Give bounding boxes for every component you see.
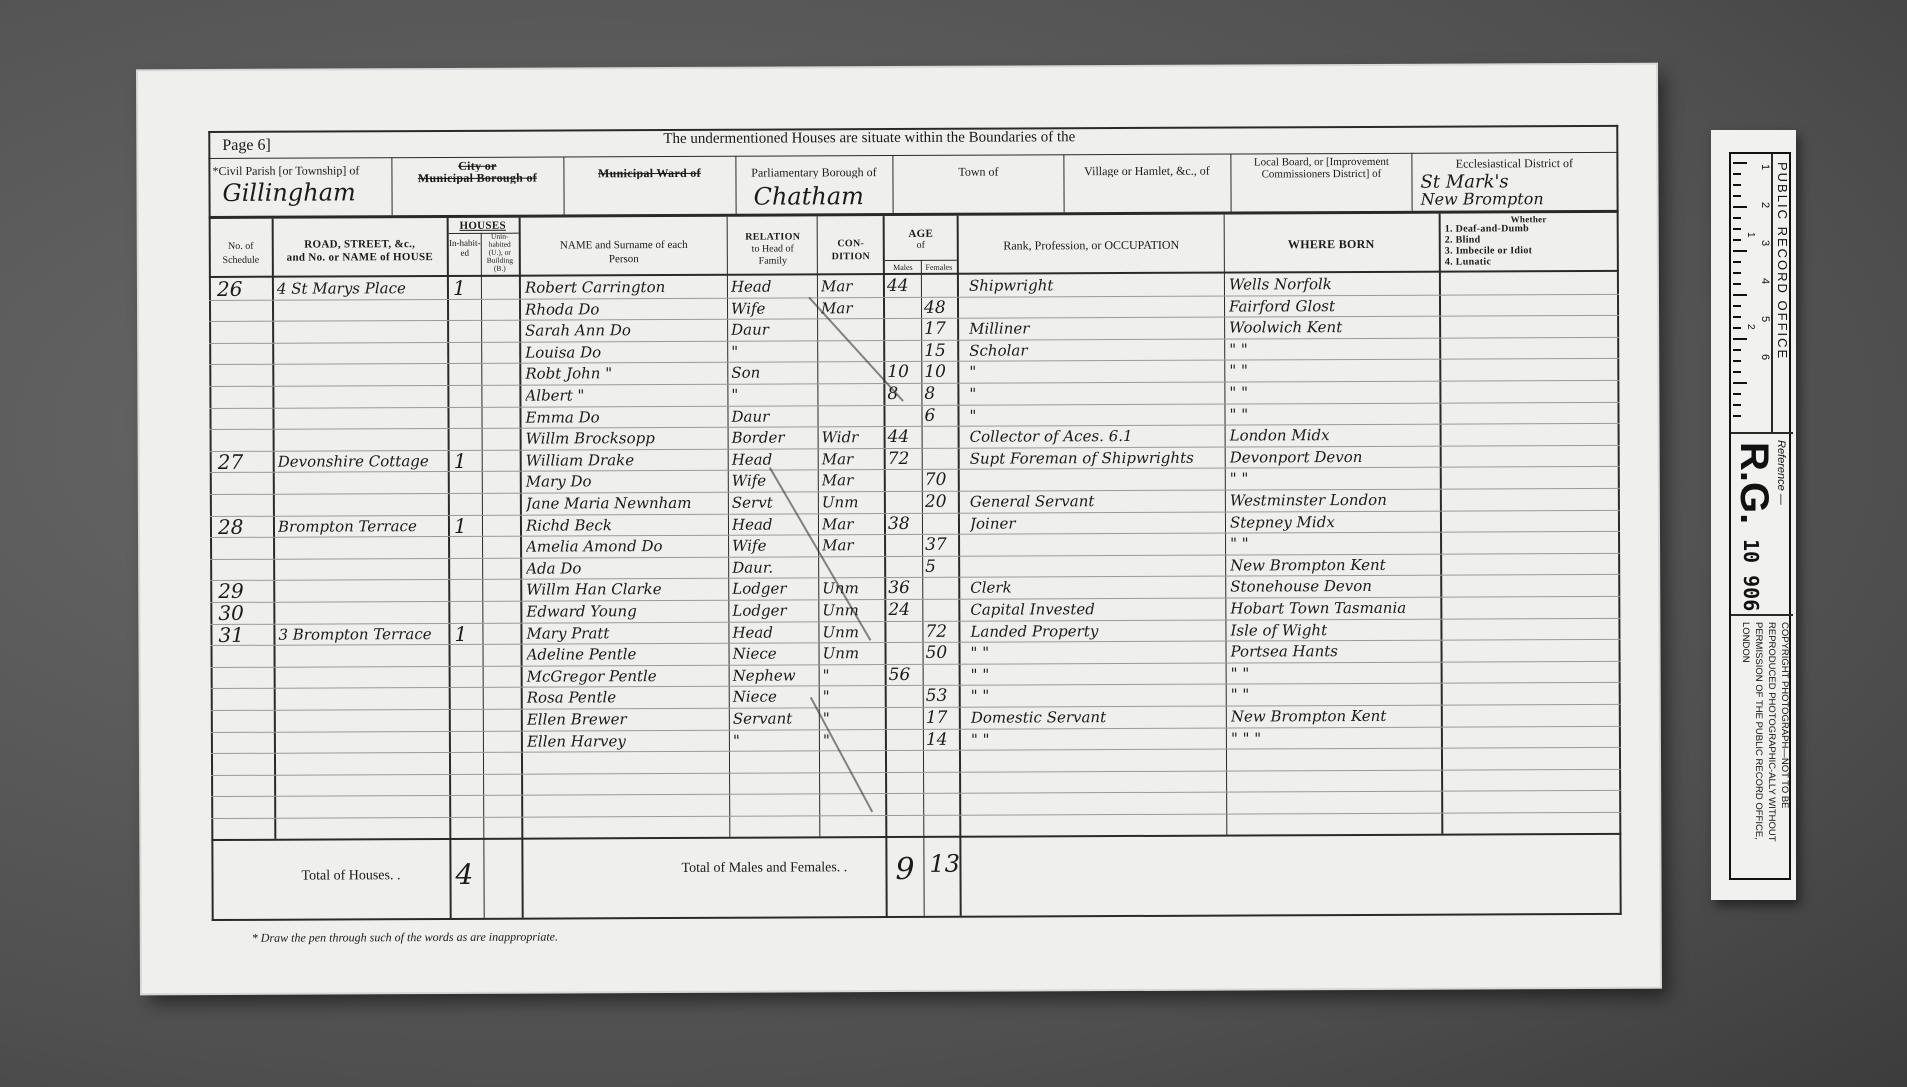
cell-name: Ada Do xyxy=(526,558,726,580)
cell-road: 3 Brompton Terrace xyxy=(278,624,446,646)
cell-road xyxy=(279,732,447,754)
cell-relation: Lodger xyxy=(732,600,816,622)
cell-male-age xyxy=(887,406,919,428)
cell-inhabited xyxy=(455,775,481,797)
cell-female-age xyxy=(925,427,957,449)
cell-male-age: 72 xyxy=(888,449,920,471)
town-label: Town of xyxy=(893,165,1063,178)
cell-born xyxy=(1231,792,1439,814)
cell-female-age: 5 xyxy=(925,557,957,579)
ruler-tick xyxy=(1733,415,1741,417)
scale-6: 6 xyxy=(1759,354,1771,360)
cell-condition: " xyxy=(823,686,883,708)
cell-road: Devonshire Cottage xyxy=(278,451,446,473)
cell-born: " " xyxy=(1230,468,1438,490)
census-form: Page 6] The undermentioned Houses are si… xyxy=(208,125,1632,941)
cell-born: Stepney Midx xyxy=(1230,511,1438,533)
cell-relation: Niece xyxy=(733,687,817,709)
cell-inhabited: 1 xyxy=(454,623,480,645)
cell-relation xyxy=(733,773,817,795)
cell-name: Rosa Pentle xyxy=(527,687,727,709)
cell-road xyxy=(277,364,445,386)
scale-5: 5 xyxy=(1759,316,1771,322)
cell-born: Westminster London xyxy=(1230,490,1438,512)
age-of-header: of xyxy=(885,240,957,252)
schedule-header-1: No. of xyxy=(211,241,271,253)
village-label: Village or Hamlet, &c., of xyxy=(1064,165,1229,178)
inch-2: 2 xyxy=(1745,324,1756,330)
parliamentary-borough-label: Parliamentary Borough of xyxy=(736,166,891,179)
cell-condition: Unm xyxy=(822,643,882,665)
cell-male-age xyxy=(889,708,921,730)
cell-condition xyxy=(821,406,881,428)
cell-female-age: 48 xyxy=(924,297,956,319)
cell-occupation: " xyxy=(969,404,1221,427)
cell-born: " " xyxy=(1229,360,1437,382)
footnote: * Draw the pen through such of the words… xyxy=(252,929,558,945)
cell-male-age xyxy=(888,557,920,579)
cell-male-age xyxy=(887,319,919,341)
cell-condition xyxy=(821,384,881,406)
cell-female-age xyxy=(925,600,957,622)
cell-schedule xyxy=(219,689,273,711)
ruler-tick xyxy=(1733,173,1741,175)
cell-inhabited xyxy=(453,407,479,429)
cell-occupation: Shipwright xyxy=(969,275,1221,298)
cell-born: Woolwich Kent xyxy=(1229,317,1437,339)
cell-name: Robt John " xyxy=(525,363,725,385)
ecclesiastical-district-value-2: New Brompton xyxy=(1421,189,1617,209)
cell-male-age: 10 xyxy=(887,362,919,384)
cell-name: Willm Han Clarke xyxy=(526,579,726,601)
copyright-notice: COPYRIGHT PHOTOGRAPH—NOT TO BE REPRODUCE… xyxy=(1735,622,1791,872)
cell-occupation xyxy=(971,771,1223,794)
cell-road xyxy=(278,429,446,451)
cell-inhabited xyxy=(454,602,480,624)
cell-born: Fairford Glost xyxy=(1229,295,1437,317)
cell-schedule: 30 xyxy=(218,603,272,625)
cell-inhabited xyxy=(454,537,480,559)
municipal-ward-label: Municipal Ward of xyxy=(564,167,734,180)
road-header-1: ROAD, STREET, &c., xyxy=(275,238,445,251)
ruler-tick xyxy=(1733,162,1747,164)
cell-name: McGregor Pentle xyxy=(527,666,727,688)
cell-condition: Widr xyxy=(822,427,882,449)
cell-schedule: 27 xyxy=(218,452,272,474)
cell-relation: Wife xyxy=(731,298,815,320)
cell-schedule xyxy=(218,430,272,452)
cell-male-age: 44 xyxy=(887,276,919,298)
cell-inhabited xyxy=(453,386,479,408)
cell-relation: Son xyxy=(731,363,815,385)
cell-name: Adeline Pentle xyxy=(527,644,727,666)
cell-road xyxy=(278,602,446,624)
cell-schedule xyxy=(218,560,272,582)
cell-male-age xyxy=(888,622,920,644)
cell-relation: Border xyxy=(732,428,816,450)
cell-occupation: General Servant xyxy=(970,491,1222,514)
total-females-value: 13 xyxy=(929,850,960,878)
ruler-tick xyxy=(1733,239,1741,241)
cell-male-age: 24 xyxy=(888,600,920,622)
cell-condition: Unm xyxy=(822,492,882,514)
reference-strip: PUBLIC RECORD OFFICE 1 2 3 4 5 6 1 2 Ref… xyxy=(1711,130,1796,900)
cell-inhabited xyxy=(453,343,479,365)
cell-inhabited xyxy=(453,299,479,321)
cell-name: Richd Beck xyxy=(526,514,726,536)
municipal-borough-label: Municipal Borough of xyxy=(392,171,562,184)
cell-female-age xyxy=(926,751,958,773)
cell-born: New Brompton Kent xyxy=(1230,554,1438,576)
cell-born: Stonehouse Devon xyxy=(1230,576,1438,598)
cell-relation: Daur xyxy=(731,320,815,342)
ecclesiastical-district-label: Ecclesiastical District of xyxy=(1412,157,1616,170)
cell-female-age: 6 xyxy=(924,405,956,427)
cell-name xyxy=(527,752,727,774)
infirmity-item-3: 3. Imbecile or Idiot xyxy=(1445,245,1533,256)
cell-road xyxy=(278,472,446,494)
local-board-label-line1: Local Board, or [Improvement xyxy=(1231,156,1411,169)
ruler-tick xyxy=(1733,217,1741,219)
total-males-value: 9 xyxy=(895,852,914,887)
ruler-tick xyxy=(1733,393,1741,395)
cell-relation: Head xyxy=(732,622,816,644)
cell-road xyxy=(279,796,447,818)
cell-inhabited xyxy=(455,710,481,732)
scale-4: 4 xyxy=(1759,278,1771,284)
cell-schedule: 28 xyxy=(218,516,272,538)
cell-female-age: 14 xyxy=(926,729,958,751)
ruler-tick xyxy=(1733,360,1741,362)
cell-female-age xyxy=(926,794,958,816)
census-page: Page 6] The undermentioned Houses are si… xyxy=(138,65,1660,994)
cell-born xyxy=(1231,749,1439,771)
cell-relation: Nephew xyxy=(733,665,817,687)
cell-road xyxy=(278,559,446,581)
where-born-header: WHERE BORN xyxy=(1224,238,1439,251)
cell-name: Sarah Ann Do xyxy=(525,320,725,342)
ruler-tick xyxy=(1733,250,1747,252)
cell-inhabited: 1 xyxy=(454,451,480,473)
cell-occupation: " " xyxy=(971,663,1223,686)
civil-parish-label: *Civil Parish [or Township] of xyxy=(212,163,389,179)
cell-relation xyxy=(733,795,817,817)
cell-condition xyxy=(823,751,883,773)
cell-male-age xyxy=(887,341,919,363)
cell-born: " " xyxy=(1231,684,1439,706)
cell-female-age: 53 xyxy=(926,686,958,708)
cell-occupation: " " xyxy=(970,642,1222,665)
cell-female-age xyxy=(926,665,958,687)
cell-female-age: 15 xyxy=(924,341,956,363)
cell-schedule: 29 xyxy=(218,581,272,603)
cell-relation: Daur xyxy=(731,406,815,428)
cell-condition: Mar xyxy=(821,298,881,320)
cell-male-age: 36 xyxy=(888,578,920,600)
cell-occupation: Clerk xyxy=(970,577,1222,600)
cell-born: " " " xyxy=(1231,727,1439,749)
cell-male-age xyxy=(889,773,921,795)
cell-schedule xyxy=(218,473,272,495)
ruler-tick xyxy=(1733,184,1741,186)
cell-inhabited xyxy=(454,472,480,494)
ruler-tick xyxy=(1733,327,1741,329)
cell-female-age: 17 xyxy=(926,708,958,730)
cell-condition: Unm xyxy=(822,578,882,600)
age-header: AGE xyxy=(885,228,957,240)
cell-road xyxy=(278,580,446,602)
cell-road xyxy=(278,494,446,516)
cell-inhabited xyxy=(453,364,479,386)
cell-schedule xyxy=(217,365,271,387)
cell-inhabited xyxy=(455,688,481,710)
inch-1: 1 xyxy=(1745,232,1756,238)
cell-occupation xyxy=(970,555,1222,578)
cell-born: London Midx xyxy=(1230,425,1438,447)
cell-road xyxy=(278,537,446,559)
cell-schedule xyxy=(217,322,271,344)
cell-female-age xyxy=(924,276,956,298)
cell-inhabited: 1 xyxy=(454,515,480,537)
class-code: R.G. xyxy=(1731,442,1776,524)
cell-born: Hobart Town Tasmania xyxy=(1230,598,1438,620)
cell-road xyxy=(277,343,445,365)
occupation-header: Rank, Profession, or OCCUPATION xyxy=(959,239,1224,252)
cell-road xyxy=(277,408,445,430)
cell-schedule xyxy=(219,646,273,668)
civil-parish-value: Gillingham xyxy=(222,178,392,207)
cell-born: " " xyxy=(1231,662,1439,684)
cell-inhabited xyxy=(454,494,480,516)
cell-female-age: 17 xyxy=(924,319,956,341)
cell-name xyxy=(527,795,727,817)
cell-occupation xyxy=(969,296,1221,319)
cell-road xyxy=(277,386,445,408)
ruler-tick xyxy=(1733,316,1741,318)
cell-male-age xyxy=(888,643,920,665)
cell-occupation: Milliner xyxy=(969,318,1221,341)
total-persons-label: Total of Males and Females. . xyxy=(681,860,847,877)
cell-name: Rhoda Do xyxy=(525,298,725,320)
cell-male-age: 56 xyxy=(889,665,921,687)
cell-schedule xyxy=(219,711,273,733)
cell-name xyxy=(527,774,727,796)
cell-schedule xyxy=(219,797,273,819)
ruler-tick xyxy=(1733,382,1747,384)
cell-male-age: 44 xyxy=(888,427,920,449)
cell-road xyxy=(279,645,447,667)
cell-occupation: " xyxy=(969,361,1221,384)
cell-relation: " xyxy=(733,730,817,752)
cell-name: Robert Carrington xyxy=(525,277,725,299)
cell-male-age xyxy=(887,298,919,320)
name-header-2: Person xyxy=(524,253,724,266)
scale-1: 1 xyxy=(1759,164,1771,170)
cell-inhabited xyxy=(454,429,480,451)
cell-schedule xyxy=(217,344,271,366)
cell-road xyxy=(277,300,445,322)
cell-name: William Drake xyxy=(526,450,726,472)
cell-relation: " xyxy=(731,384,815,406)
cell-inhabited xyxy=(454,559,480,581)
cell-schedule xyxy=(217,300,271,322)
cell-name: Jane Maria Newnham xyxy=(526,493,726,515)
cell-occupation: Collector of Aces. 6.1 xyxy=(970,426,1222,449)
scale-2: 2 xyxy=(1759,202,1771,208)
infirmity-item-1: 1. Deaf-and-Dumb xyxy=(1445,223,1529,234)
cell-name: Mary Do xyxy=(526,471,726,493)
cell-born: " " xyxy=(1229,338,1437,360)
cell-occupation: Scholar xyxy=(969,339,1221,362)
schedule-header-2: Schedule xyxy=(211,255,271,267)
cell-relation xyxy=(733,752,817,774)
cell-inhabited xyxy=(455,753,481,775)
cell-schedule xyxy=(219,668,273,690)
cell-occupation: " " xyxy=(971,728,1223,751)
ruler-tick xyxy=(1733,195,1741,197)
cell-relation: Servt xyxy=(732,492,816,514)
cell-schedule: 26 xyxy=(217,279,271,301)
cell-female-age xyxy=(926,773,958,795)
cell-name: Emma Do xyxy=(525,406,725,428)
cell-occupation xyxy=(970,534,1222,557)
cell-born: Portsea Hants xyxy=(1230,641,1438,663)
cell-born: Wells Norfolk xyxy=(1229,274,1437,296)
cell-name: Ellen Harvey xyxy=(527,730,727,752)
cell-road xyxy=(279,667,447,689)
cell-schedule xyxy=(219,754,273,776)
relation-header-3: Family xyxy=(729,255,817,267)
road-header-2: and No. or NAME of HOUSE xyxy=(275,251,445,264)
cell-road xyxy=(279,753,447,775)
ruler-tick xyxy=(1733,206,1747,208)
cell-condition: " xyxy=(823,665,883,687)
ruler-tick xyxy=(1733,371,1741,373)
cell-name: Willm Brocksopp xyxy=(526,428,726,450)
cell-relation: Niece xyxy=(732,644,816,666)
cell-occupation xyxy=(971,793,1223,816)
cell-male-age: 38 xyxy=(888,514,920,536)
cell-name: Albert " xyxy=(525,385,725,407)
cell-inhabited xyxy=(453,321,479,343)
cell-inhabited xyxy=(455,796,481,818)
cell-inhabited xyxy=(454,580,480,602)
uninhabited-header: Unin-habited (U.), or Building (B.) xyxy=(482,233,518,273)
ruler-tick xyxy=(1733,305,1741,307)
scale-3: 3 xyxy=(1759,240,1771,246)
reference-label: Reference — xyxy=(1775,440,1787,505)
cell-male-age xyxy=(889,794,921,816)
cell-schedule xyxy=(218,538,272,560)
cell-condition: Mar xyxy=(822,514,882,536)
ruler-tick xyxy=(1733,349,1741,351)
cell-relation: Daur. xyxy=(732,557,816,579)
cell-female-age: 10 xyxy=(924,362,956,384)
cell-relation: Wife xyxy=(732,536,816,558)
cell-relation: " xyxy=(731,341,815,363)
ruler-tick xyxy=(1733,228,1741,230)
cell-male-age xyxy=(888,492,920,514)
city-label-line1: City or xyxy=(392,159,562,172)
cell-road xyxy=(279,688,447,710)
cell-road xyxy=(277,321,445,343)
cell-condition: Unm xyxy=(822,622,882,644)
cell-condition: Mar xyxy=(821,276,881,298)
cell-born: New Brompton Kent xyxy=(1231,706,1439,728)
cell-male-age xyxy=(889,686,921,708)
cell-name: Amelia Amond Do xyxy=(526,536,726,558)
cell-condition: Mar xyxy=(822,470,882,492)
cell-schedule xyxy=(217,387,271,409)
cell-female-age: 72 xyxy=(925,621,957,643)
relation-header-1: RELATION xyxy=(729,231,817,243)
cell-road xyxy=(279,710,447,732)
cell-occupation xyxy=(971,750,1223,773)
cell-occupation: Joiner xyxy=(970,512,1222,535)
local-board-label-line2: Commissioners District] of xyxy=(1231,168,1411,181)
inhabited-header: In-habit-ed xyxy=(449,238,481,258)
cell-road xyxy=(279,775,447,797)
total-houses-label: Total of Houses. . xyxy=(301,868,400,884)
parliamentary-borough-value: Chatham xyxy=(753,182,903,211)
census-rows: 264 St Marys Place1Robert CarringtonHead… xyxy=(209,273,1621,839)
cell-road: 4 St Marys Place xyxy=(277,278,445,300)
cell-male-age xyxy=(889,751,921,773)
cell-female-age: 20 xyxy=(925,492,957,514)
ruler-tick xyxy=(1733,294,1747,296)
cell-inhabited xyxy=(455,645,481,667)
page-label: Page 6] xyxy=(222,137,271,155)
condition-header-1: CON- xyxy=(819,238,883,250)
cell-schedule: 31 xyxy=(218,624,272,646)
cell-male-age xyxy=(888,470,920,492)
cell-schedule xyxy=(219,732,273,754)
cell-occupation: Landed Property xyxy=(970,620,1222,643)
cell-born: " " xyxy=(1229,382,1437,404)
cell-relation: Head xyxy=(732,449,816,471)
condition-header-2: DITION xyxy=(819,251,883,263)
cell-occupation: " xyxy=(969,383,1221,406)
piece-number: 10 906 xyxy=(1739,539,1763,611)
cell-relation: Head xyxy=(731,276,815,298)
cell-name: Edward Young xyxy=(526,601,726,623)
cell-occupation: Domestic Servant xyxy=(971,707,1223,730)
cell-female-age xyxy=(925,513,957,535)
cell-female-age: 70 xyxy=(925,470,957,492)
cell-relation: Servant xyxy=(733,708,817,730)
cell-born xyxy=(1231,770,1439,792)
cell-schedule xyxy=(218,495,272,517)
total-houses-value: 4 xyxy=(455,858,473,891)
cell-road: Brompton Terrace xyxy=(278,516,446,538)
infirmity-item-4: 4. Lunatic xyxy=(1445,256,1491,267)
infirmity-item-2: 2. Blind xyxy=(1445,234,1481,245)
cell-born: " " xyxy=(1229,403,1437,425)
cell-inhabited: 1 xyxy=(453,278,479,300)
cell-condition: Mar xyxy=(822,449,882,471)
cell-born: Isle of Wight xyxy=(1230,619,1438,641)
cell-name: Ellen Brewer xyxy=(527,709,727,731)
ruler-tick xyxy=(1733,338,1747,340)
cell-schedule xyxy=(217,408,271,430)
ruler-tick xyxy=(1733,283,1741,285)
cell-condition: Mar xyxy=(822,535,882,557)
cell-female-age xyxy=(925,449,957,471)
cell-occupation: Capital Invested xyxy=(970,599,1222,622)
cell-inhabited xyxy=(455,667,481,689)
cell-occupation: " " xyxy=(971,685,1223,708)
cell-female-age: 50 xyxy=(925,643,957,665)
